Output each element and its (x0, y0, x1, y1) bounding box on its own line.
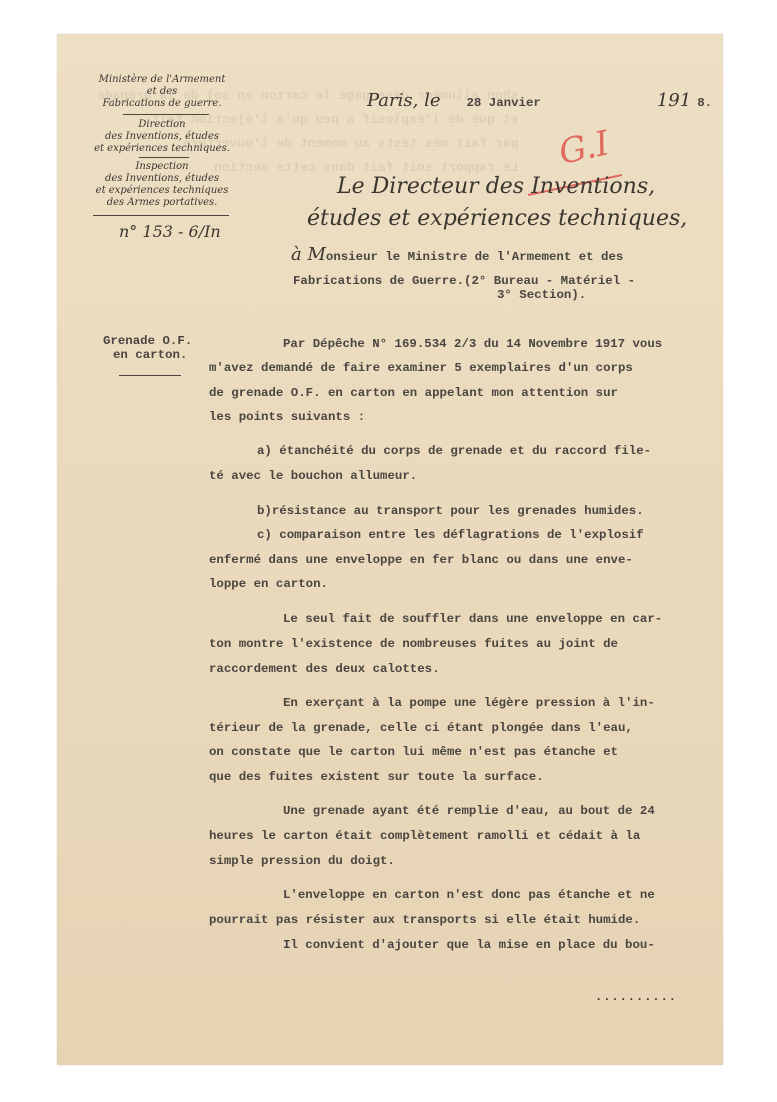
divider (139, 157, 189, 158)
body-line: de grenade O.F. en carton en appelant mo… (209, 386, 618, 400)
subject-line-2: en carton. (113, 348, 187, 362)
body-line: té avec le bouchon allumeur. (209, 469, 417, 483)
reference-number: n° 153 - 6/In (119, 222, 237, 241)
dateline-year-typed: 8. (697, 96, 712, 110)
recipient-line-1: à Monsieur le Ministre de l'Armement et … (291, 244, 623, 265)
sender-line-2: études et expériences techniques, (307, 206, 687, 231)
body-line: Par Dépêche N° 169.534 2/3 du 14 Novembr… (283, 337, 662, 351)
dateline-place: Paris, le (367, 90, 441, 111)
body-line: ton montre l'existence de nombreuses fui… (209, 637, 618, 651)
body-line: raccordement des deux calottes. (209, 662, 440, 676)
body-line: enfermé dans une enveloppe en fer blanc … (209, 553, 633, 567)
divider (123, 114, 209, 115)
recipient-line-3: 3° Section). (497, 288, 586, 302)
red-annotation: G.I (555, 123, 612, 173)
body-line: L'enveloppe en carton n'est donc pas éta… (283, 888, 655, 902)
subject-line-1: Grenade O.F. (103, 334, 192, 348)
inspection-block: Inspection des Inventions, études et exp… (87, 161, 237, 209)
body-line: En exerçant à la pompe une légère pressi… (283, 696, 655, 710)
document-page: shon allumeur désengagé le carton en sol… (57, 34, 723, 1065)
sender-line-1: Le Directeur des Inventions, (337, 174, 655, 199)
body-line: Le seul fait de souffler dans une envelo… (283, 612, 662, 626)
body-line: heures le carton était complètement ramo… (209, 829, 640, 843)
letterhead: Ministère de l'Armement et des Fabricati… (87, 74, 237, 241)
dateline: Paris, le 28 Janvier 191 8. (367, 90, 712, 111)
dateline-year-handwritten: 191 (657, 90, 691, 111)
body-line: on constate que le carton lui même n'est… (209, 745, 618, 759)
body-line: a) étanchéité du corps de grenade et du … (257, 444, 651, 458)
body-line: c) comparaison entre les déflagrations d… (257, 528, 644, 542)
body-line: que des fuites existent sur toute la sur… (209, 770, 544, 784)
body-line: m'avez demandé de faire examiner 5 exemp… (209, 361, 633, 375)
recipient-line-2: Fabrications de Guerre.(2° Bureau - Maté… (293, 274, 635, 288)
body-line: simple pression du doigt. (209, 854, 395, 868)
divider (93, 215, 229, 216)
body-line: térieur de la grenade, celle ci étant pl… (209, 721, 633, 735)
dateline-date: 28 Janvier (467, 96, 541, 110)
body-line: les points suivants : (209, 410, 365, 424)
body-line: Il convient d'ajouter que la mise en pla… (283, 938, 655, 952)
subject-underline (119, 375, 181, 376)
ministry-block: Ministère de l'Armement et des Fabricati… (87, 74, 237, 110)
body-line: loppe en carton. (209, 577, 328, 591)
body-line: Une grenade ayant été remplie d'eau, au … (283, 804, 655, 818)
continuation-marker: .......... (595, 990, 677, 1004)
direction-block: Direction des Inventions, études et expé… (87, 119, 237, 155)
body-line: b)résistance au transport pour les grena… (257, 504, 644, 518)
body-line: pourrait pas résister aux transports si … (209, 913, 640, 927)
